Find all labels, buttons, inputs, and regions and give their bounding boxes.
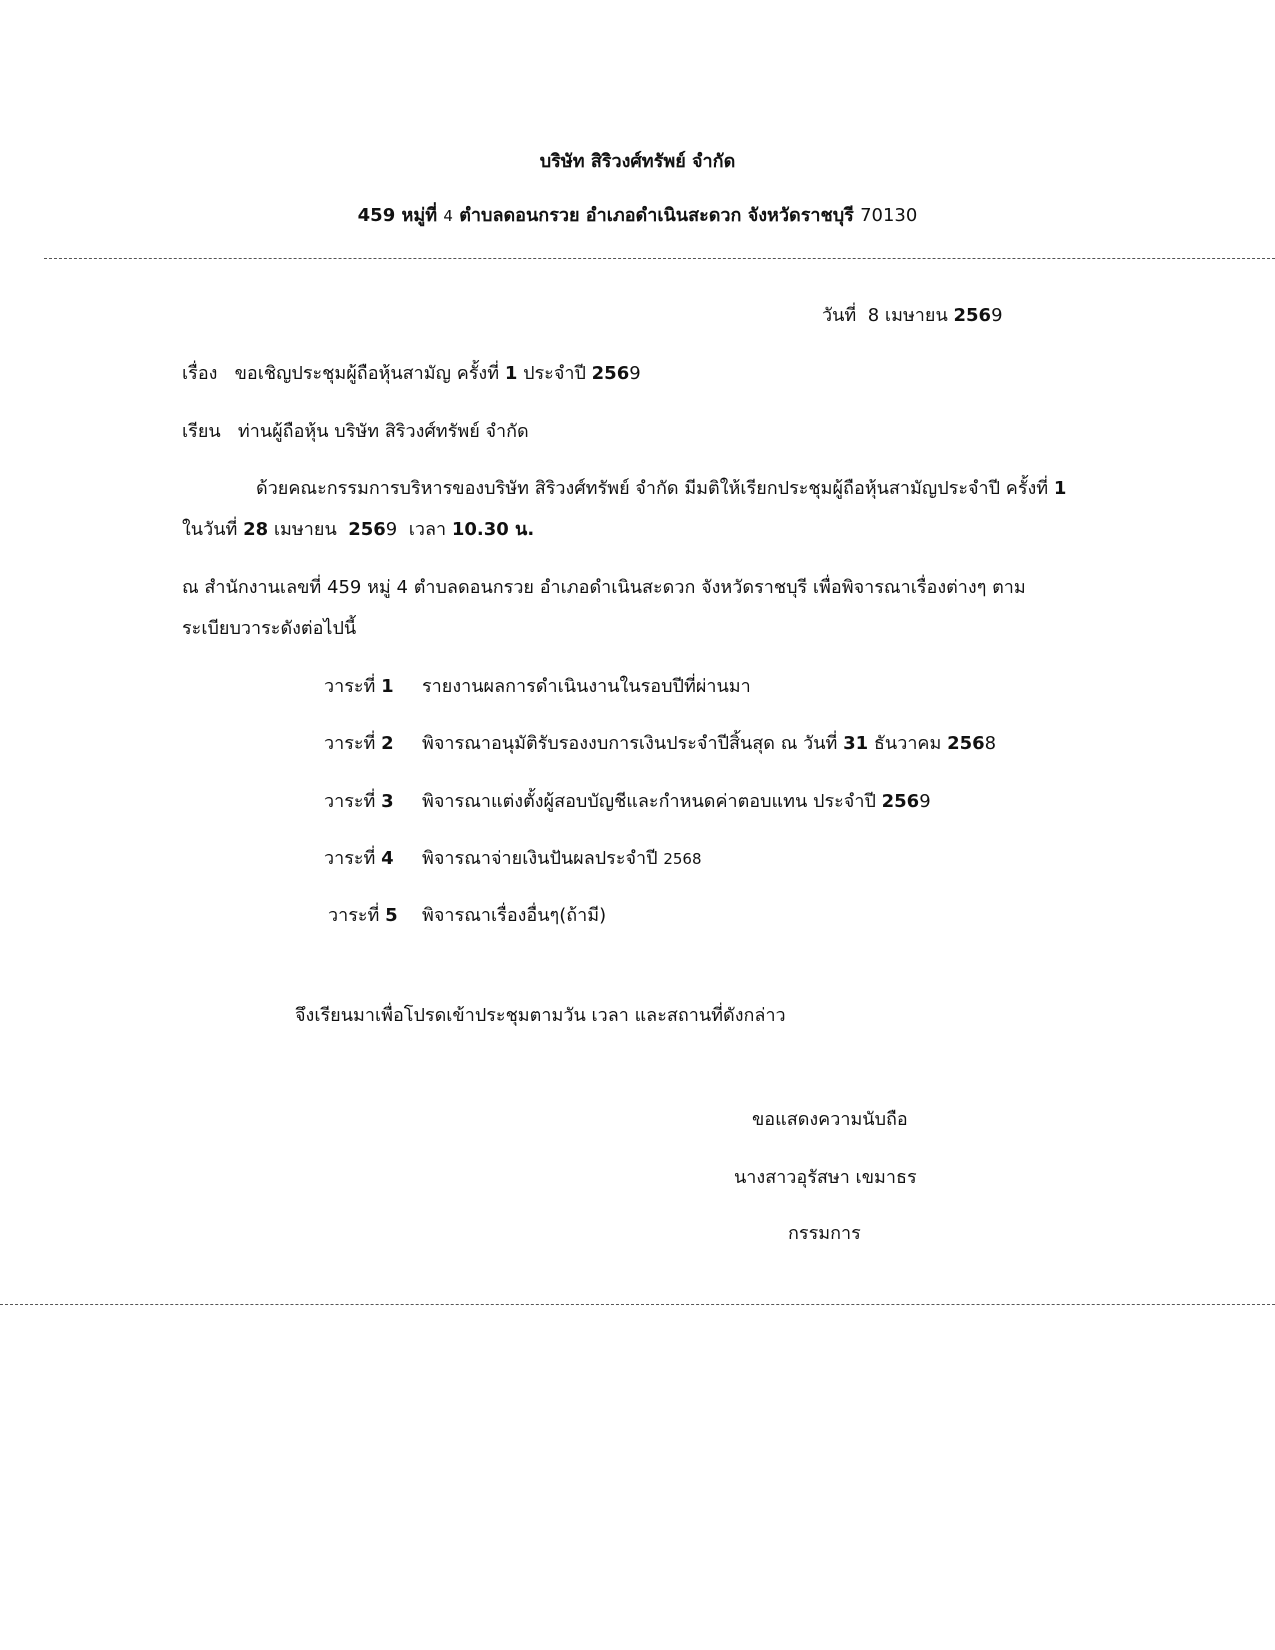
meeting-year: 256 <box>348 519 386 540</box>
address-moo-no: 4 <box>443 207 453 225</box>
address-moo: หมู่ที่ <box>402 205 438 226</box>
subject-line: เรื่อง ขอเชิญประชุมผู้ถือหุ้นสามัญ ครั้ง… <box>182 358 641 387</box>
agenda-label: วาระที่ <box>324 848 375 869</box>
date-line: วันที่ 8 เมษายน 2569 <box>822 300 1003 329</box>
agenda-text: พิจารณาเรื่องอื่นๆ(ถ้ามี) <box>422 905 606 926</box>
date-year: 256 <box>954 305 992 326</box>
closing-line: จึงเรียนมาเพื่อโปรดเข้าประชุมตามวัน เวลา… <box>295 1000 786 1029</box>
recipient-text: ท่านผู้ถือหุ้น บริษัท สิริวงศ์ทรัพย์ จำก… <box>238 421 529 442</box>
agenda-num: 5 <box>385 905 398 926</box>
subject-number: 1 <box>505 363 518 384</box>
agenda-text: พิจารณาแต่งตั้งผู้สอบบัญชีและกำหนดค่าตอบ… <box>422 791 876 812</box>
address-rest: ตำบลดอนกรวย อำเภอดำเนินสะดวก จังหวัดราชบ… <box>459 205 854 226</box>
agenda-num: 2 <box>381 733 394 754</box>
agenda-num: 4 <box>381 848 394 869</box>
recipient-label: เรียน <box>182 421 221 442</box>
meeting-year-last: 9 <box>386 519 397 540</box>
agenda-year: 2568 <box>663 850 701 868</box>
date-day: 8 <box>868 305 879 326</box>
agenda-label: วาระที่ <box>324 733 375 754</box>
agenda-item: วาระที่ 5พิจารณาเรื่องอื่นๆ(ถ้ามี) <box>328 900 606 929</box>
meeting-time-label: เวลา <box>409 519 446 540</box>
header-divider <box>44 258 1275 259</box>
agenda-month: ธันวาคม <box>874 733 941 754</box>
address-number: 459 <box>358 205 396 226</box>
company-name: บริษัท สิริวงศ์ทรัพย์ จำกัด <box>0 146 1275 175</box>
subject-suffix: ประจำปี <box>523 363 586 384</box>
meeting-month: เมษายน <box>274 519 337 540</box>
signature-name: นางสาวอุรัสษา เขมาธร <box>734 1162 917 1191</box>
agenda-year-last: 8 <box>985 733 996 754</box>
meeting-time: 10.30 น. <box>452 519 534 540</box>
agenda-label: วาระที่ <box>324 676 375 697</box>
subject-text: ขอเชิญประชุมผู้ถือหุ้นสามัญ ครั้งที่ <box>235 363 499 384</box>
agenda-text: พิจารณาอนุมัติรับรองงบการเงินประจำปีสิ้น… <box>422 733 837 754</box>
agenda-item: วาระที่ 1รายงานผลการดำเนินงานในรอบปีที่ผ… <box>324 671 751 700</box>
body-para1-line2: ในวันที่ 28 เมษายน 2569 เวลา 10.30 น. <box>182 514 534 543</box>
meeting-date-prefix: ในวันที่ <box>182 519 237 540</box>
signature-regards: ขอแสดงความนับถือ <box>752 1104 908 1133</box>
agenda-item: วาระที่ 3พิจารณาแต่งตั้งผู้สอบบัญชีและกำ… <box>324 786 931 815</box>
para1-num: 1 <box>1054 478 1067 499</box>
para1-text: ด้วยคณะกรรมการบริหารของบริษัท สิริวงศ์ทร… <box>256 478 1048 499</box>
signature-title: กรรมการ <box>788 1218 861 1247</box>
agenda-text: รายงานผลการดำเนินงานในรอบปีที่ผ่านมา <box>422 676 751 697</box>
agenda-num: 1 <box>381 676 394 697</box>
date-year-last: 9 <box>991 305 1002 326</box>
date-month: เมษายน <box>885 305 948 326</box>
subject-label: เรื่อง <box>182 363 217 384</box>
company-address: 459 หมู่ที่ 4 ตำบลดอนกรวย อำเภอดำเนินสะด… <box>0 200 1275 229</box>
agenda-year-last: 9 <box>919 791 930 812</box>
footer-divider <box>0 1304 1275 1305</box>
agenda-item: วาระที่ 4พิจารณาจ่ายเงินปันผลประจำปี 256… <box>324 843 702 872</box>
body-para2-line1: ณ สำนักงานเลขที่ 459 หมู่ 4 ตำบลดอนกรวย … <box>182 572 1026 601</box>
agenda-label: วาระที่ <box>324 791 375 812</box>
date-label: วันที่ <box>822 305 856 326</box>
agenda-day: 31 <box>843 733 868 754</box>
body-para1-line1: ด้วยคณะกรรมการบริหารของบริษัท สิริวงศ์ทร… <box>256 473 1066 502</box>
agenda-label: วาระที่ <box>328 905 379 926</box>
postcode: 70130 <box>860 205 917 226</box>
subject-year: 256 <box>592 363 630 384</box>
meeting-day: 28 <box>243 519 268 540</box>
body-para2-line2: ระเบียบวาระดังต่อไปนี้ <box>182 613 356 642</box>
recipient-line: เรียน ท่านผู้ถือหุ้น บริษัท สิริวงศ์ทรัพ… <box>182 416 529 445</box>
subject-year-last: 9 <box>629 363 640 384</box>
agenda-num: 3 <box>381 791 394 812</box>
agenda-year: 256 <box>882 791 920 812</box>
agenda-item: วาระที่ 2พิจารณาอนุมัติรับรองงบการเงินปร… <box>324 728 996 757</box>
agenda-year: 256 <box>947 733 985 754</box>
agenda-text: พิจารณาจ่ายเงินปันผลประจำปี <box>422 848 658 869</box>
